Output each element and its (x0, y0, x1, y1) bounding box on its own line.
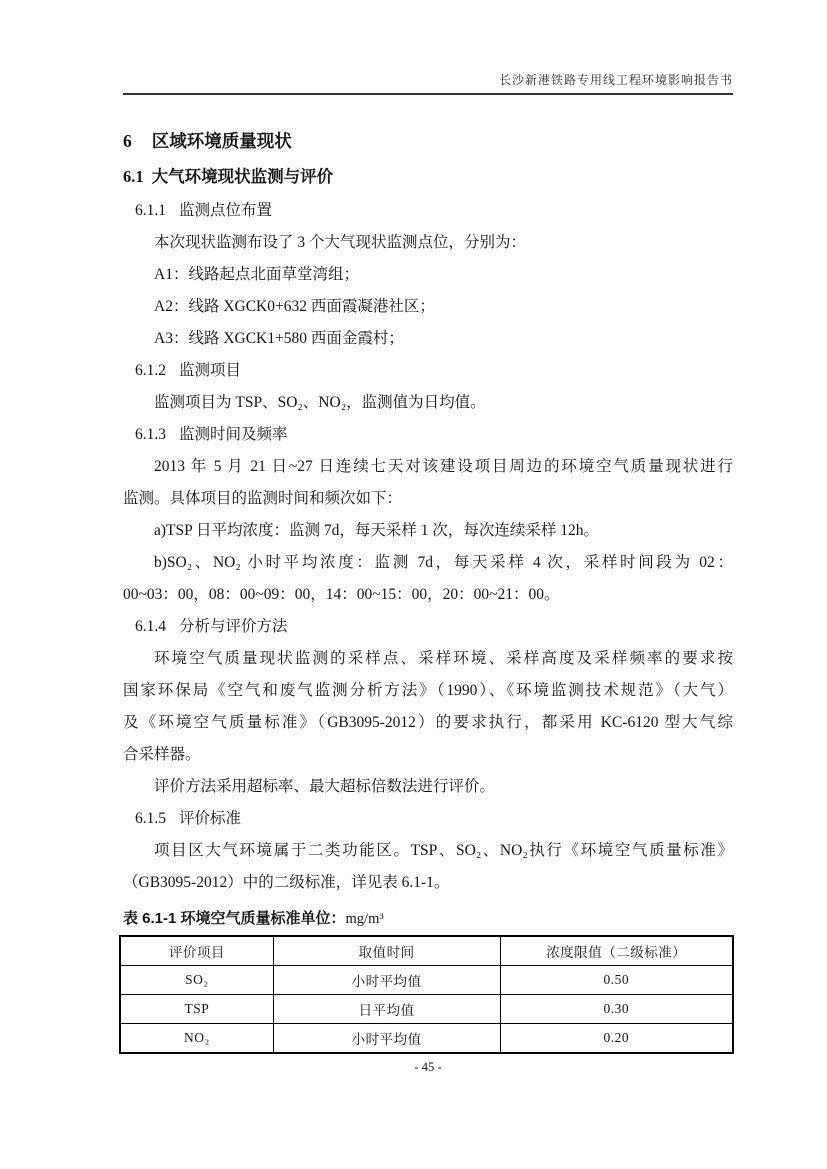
body-line: （GB3095-2012）中的二级标准，详见表 6.1-1。 (123, 867, 733, 899)
cell-period: 小时平均值 (273, 1024, 500, 1054)
heading-title: 监测项目 (179, 362, 241, 379)
body-line: 2013 年 5 月 21 日~27 日连续七天对该建设项目周边的环境空气质量现… (123, 451, 733, 483)
heading-h1: 6区域环境质量现状 (123, 123, 733, 159)
body-line: 环境空气质量现状监测的采样点、采样环境、采样高度及采样频率的要求按 (123, 643, 733, 675)
table-caption-text: 表 6.1-1 环境空气质量标准单位： (123, 910, 346, 927)
cell-pollutant: SO₂ (120, 966, 273, 995)
document-body: 6区域环境质量现状6.1大气环境现状监测与评价6.1.1监测点位布置本次现状监测… (123, 123, 733, 1075)
heading-h3: 6.1.3监测时间及频率 (123, 419, 733, 451)
cell-limit: 0.30 (500, 995, 733, 1024)
body-line: 及《环境空气质量标准》（GB3095-2012）的要求执行，都采用 KC-612… (123, 707, 733, 739)
header-title: 长沙新港铁路专用线工程环境影响报告书 (499, 73, 733, 87)
heading-h3: 6.1.1监测点位布置 (123, 195, 733, 227)
heading-title: 区域环境质量现状 (152, 131, 292, 151)
body-line: 监测。具体项目的监测时间和频次如下： (123, 483, 733, 515)
heading-number: 6.1.1 (135, 202, 166, 219)
body-line: 国家环保局《空气和废气监测分析方法》（1990）、《环境监测技术规范》（大气） (123, 675, 733, 707)
body-line: 合采样器。 (123, 739, 733, 771)
heading-number: 6.1 (123, 167, 144, 186)
heading-h3: 6.1.4分析与评价方法 (123, 611, 733, 643)
col-header-limit: 浓度限值（二级标准） (500, 936, 733, 966)
heading-h2: 6.1大气环境现状监测与评价 (123, 159, 733, 195)
air-quality-standards-table: 评价项目 取值时间 浓度限值（二级标准） SO₂ 小时平均值 0.50 TSP … (119, 935, 734, 1054)
content-blocks: 6区域环境质量现状6.1大气环境现状监测与评价6.1.1监测点位布置本次现状监测… (123, 123, 733, 899)
body-line: A2：线路 XGCK0+632 西面霞凝港社区； (123, 291, 733, 323)
heading-title: 评价标准 (179, 810, 241, 827)
heading-title: 大气环境现状监测与评价 (152, 168, 334, 186)
cell-period: 小时平均值 (273, 966, 500, 995)
cell-period: 日平均值 (273, 995, 500, 1024)
col-header-period: 取值时间 (273, 936, 500, 966)
heading-number: 6.1.5 (135, 810, 166, 827)
table-row: TSP 日平均值 0.30 (120, 995, 733, 1024)
body-line: a)TSP 日平均浓度：监测 7d，每天采样 1 次，每次连续采样 12h。 (123, 515, 733, 547)
table-caption: 表 6.1-1 环境空气质量标准单位：mg/m³ (123, 903, 733, 935)
heading-number: 6.1.2 (135, 362, 166, 379)
page-number: - 45 - (123, 1059, 733, 1075)
page-header: 长沙新港铁路专用线工程环境影响报告书 (123, 0, 733, 95)
heading-h3: 6.1.5评价标准 (123, 803, 733, 835)
body-line: 项目区大气环境属于二类功能区。TSP、SO₂、NO₂执行《环境空气质量标准》 (123, 835, 733, 867)
col-header-item: 评价项目 (120, 936, 273, 966)
table-header-row: 评价项目 取值时间 浓度限值（二级标准） (120, 936, 733, 966)
table-row: NO₂ 小时平均值 0.20 (120, 1024, 733, 1054)
body-line: 本次现状监测布设了 3 个大气现状监测点位，分别为： (123, 227, 733, 259)
heading-title: 分析与评价方法 (179, 618, 288, 635)
heading-number: 6 (123, 131, 132, 151)
cell-pollutant: NO₂ (120, 1024, 273, 1054)
body-line: A1：线路起点北面草堂湾组； (123, 259, 733, 291)
heading-title: 监测点位布置 (179, 202, 272, 219)
body-line: b)SO₂、NO₂ 小时平均浓度：监测 7d，每天采样 4 次，采样时间段为 0… (123, 547, 733, 579)
heading-number: 6.1.3 (135, 426, 166, 443)
cell-limit: 0.20 (500, 1024, 733, 1054)
document-page: 长沙新港铁路专用线工程环境影响报告书 6区域环境质量现状6.1大气环境现状监测与… (0, 0, 827, 1169)
heading-h3: 6.1.2监测项目 (123, 355, 733, 387)
heading-title: 监测时间及频率 (179, 426, 288, 443)
body-line: 监测项目为 TSP、SO₂、NO₂，监测值为日均值。 (123, 387, 733, 419)
body-line: 00~03：00，08：00~09：00，14：00~15：00，20：00~2… (123, 579, 733, 611)
table-row: SO₂ 小时平均值 0.50 (120, 966, 733, 995)
cell-pollutant: TSP (120, 995, 273, 1024)
body-line: 评价方法采用超标率、最大超标倍数法进行评价。 (123, 771, 733, 803)
body-line: A3：线路 XGCK1+580 西面金霞村； (123, 323, 733, 355)
table-caption-unit: mg/m³ (346, 911, 384, 927)
heading-number: 6.1.4 (135, 618, 166, 635)
cell-limit: 0.50 (500, 966, 733, 995)
